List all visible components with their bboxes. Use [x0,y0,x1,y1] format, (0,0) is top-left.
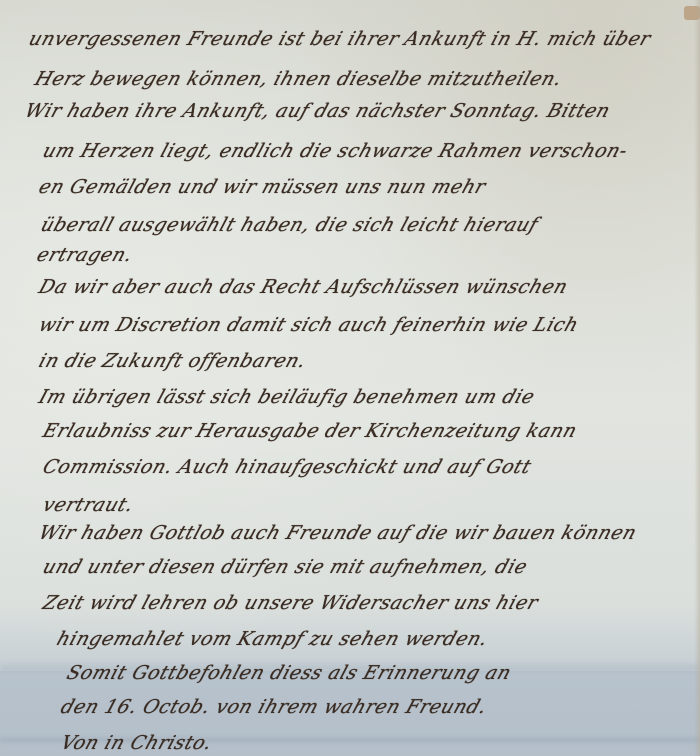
text-line: hingemahlet vom Kampf zu sehen werden. [54,628,491,650]
text-line: Herz bewegen können, ihnen dieselbe mitz… [32,68,565,90]
text-line: um Herzen liegt, endlich die schwarze Ra… [40,140,631,162]
paper-edge [694,0,700,756]
text-line: Wir haben ihre Ankunft, auf das nächster… [22,100,613,122]
text-line: in die Zukunft offenbaren. [36,350,309,372]
text-line: überall ausgewählt haben, die sich leich… [38,214,541,236]
text-line: unvergessenen Freunde ist bei ihrer Anku… [26,28,654,50]
text-line: ertragen. [34,244,136,266]
text-line: Commission. Auch hinaufgeschickt und auf… [40,456,534,478]
text-line: den 16. Octob. von ihrem wahren Freund. [58,696,490,718]
text-line: Im übrigen lässt sich beiläufig benehmen… [36,386,538,408]
text-line: Da wir aber auch das Recht Aufschlüssen … [36,276,571,298]
text-line: Somit Gottbefohlen diess als Erinnerung … [64,662,514,684]
text-line: Von in Christo. [58,732,215,754]
text-line: und unter diesen dürfen sie mit aufnehme… [40,556,530,578]
text-line: wir um Discretion damit sich auch feiner… [36,314,582,336]
letter-page: unvergessenen Freunde ist bei ihrer Anku… [0,0,700,756]
text-line: Wir haben Gottlob auch Freunde auf die w… [36,522,640,544]
text-line: en Gemälden und wir müssen uns nun mehr [36,176,489,198]
text-line: Zeit wird lehren ob unsere Widersacher u… [40,592,541,614]
text-line: Erlaubniss zur Herausgabe der Kirchenzei… [40,420,580,442]
text-line: vertraut. [40,494,137,516]
